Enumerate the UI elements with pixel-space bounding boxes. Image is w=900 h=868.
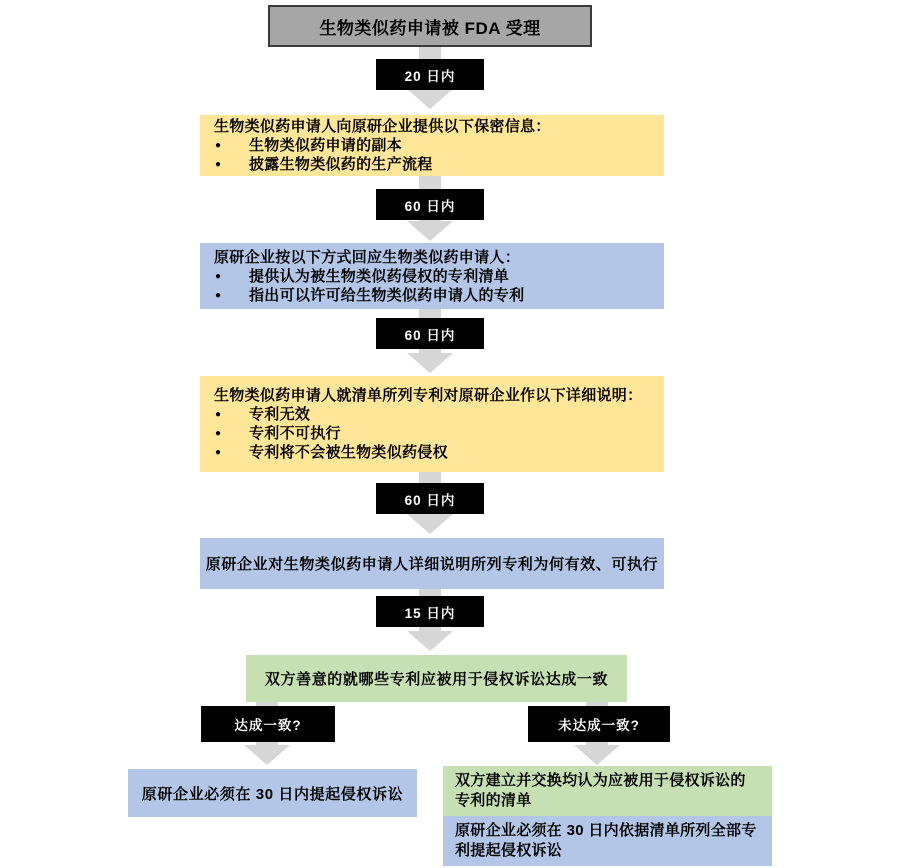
bullet-icon: ● (215, 136, 249, 155)
bullet-item: ● 专利无效 (200, 405, 664, 424)
bullet-item: ● 专利不可执行 (200, 424, 664, 443)
step-node-applicant-statement: 生物类似药申请人就清单所列专利对原研企业作以下详细说明： ● 专利无效 ● 专利… (200, 376, 664, 472)
arrow-down-icon (407, 631, 453, 651)
interval-badge-60-days: 60 日内 (376, 189, 484, 220)
arrow-down-icon (407, 221, 453, 241)
outcome-node-sue-on-listed-patents: 原研企业必须在 30 日内依据清单所列全部专利提起侵权诉讼 (443, 816, 772, 866)
bullet-text: 专利不可执行 (249, 424, 341, 443)
bullet-icon: ● (215, 405, 249, 424)
step-title: 生物类似药申请人就清单所列专利对原研企业作以下详细说明： (200, 386, 664, 405)
bullet-item: ● 披露生物类似药的生产流程 (200, 155, 664, 174)
bullet-icon: ● (215, 286, 249, 305)
bullet-icon: ● (215, 424, 249, 443)
step-title: 生物类似药申请人向原研企业提供以下保密信息： (200, 117, 664, 136)
step-title: 原研企业按以下方式回应生物类似药申请人： (200, 248, 664, 267)
bullet-item: ● 生物类似药申请的副本 (200, 136, 664, 155)
arrow-down-icon (574, 745, 620, 765)
bullet-text: 指出可以许可给生物类似药申请人的专利 (249, 286, 524, 305)
bullet-text: 专利无效 (249, 405, 310, 424)
interval-badge-60-days: 60 日内 (376, 483, 484, 514)
start-node: 生物类似药申请被 FDA 受理 (268, 5, 592, 47)
bullet-text: 披露生物类似药的生产流程 (249, 155, 433, 174)
arrow-down-icon (407, 514, 453, 534)
arrow-down-icon (407, 89, 453, 109)
step-node-confidential-info: 生物类似药申请人向原研企业提供以下保密信息： ● 生物类似药申请的副本 ● 披露… (200, 115, 664, 176)
bullet-text: 生物类似药申请的副本 (249, 136, 402, 155)
branch-label-agree: 达成一致? (201, 706, 335, 742)
flowchart-canvas: 生物类似药申请被 FDA 受理 20 日内 60 日内 60 日内 60 日内 … (0, 0, 900, 868)
step-node-originator-explanation: 原研企业对生物类似药申请人详细说明所列专利为何有效、可执行 (200, 538, 664, 589)
bullet-item: ● 指出可以许可给生物类似药申请人的专利 (200, 286, 664, 305)
bullet-item: ● 专利将不会被生物类似药侵权 (200, 443, 664, 462)
step-node-good-faith-agreement: 双方善意的就哪些专利应被用于侵权诉讼达成一致 (246, 655, 627, 702)
interval-badge-60-days: 60 日内 (376, 318, 484, 349)
interval-badge-15-days: 15 日内 (376, 596, 484, 627)
branch-label-disagree: 未达成一致? (528, 706, 670, 742)
bullet-item: ● 提供认为被生物类似药侵权的专利清单 (200, 267, 664, 286)
bullet-text: 提供认为被生物类似药侵权的专利清单 (249, 267, 509, 286)
outcome-node-sue-within-30-days: 原研企业必须在 30 日内提起侵权诉讼 (128, 769, 417, 817)
bullet-text: 专利将不会被生物类似药侵权 (249, 443, 448, 462)
step-node-originator-response: 原研企业按以下方式回应生物类似药申请人： ● 提供认为被生物类似药侵权的专利清单… (200, 243, 664, 309)
bullet-icon: ● (215, 443, 249, 462)
bullet-icon: ● (215, 267, 249, 286)
arrow-down-icon (244, 745, 290, 765)
arrow-down-icon (407, 353, 453, 373)
bullet-icon: ● (215, 155, 249, 174)
outcome-node-exchange-patent-lists: 双方建立并交换均认为应被用于侵权诉讼的专利的清单 (443, 766, 772, 816)
interval-badge-20-days: 20 日内 (376, 59, 484, 90)
